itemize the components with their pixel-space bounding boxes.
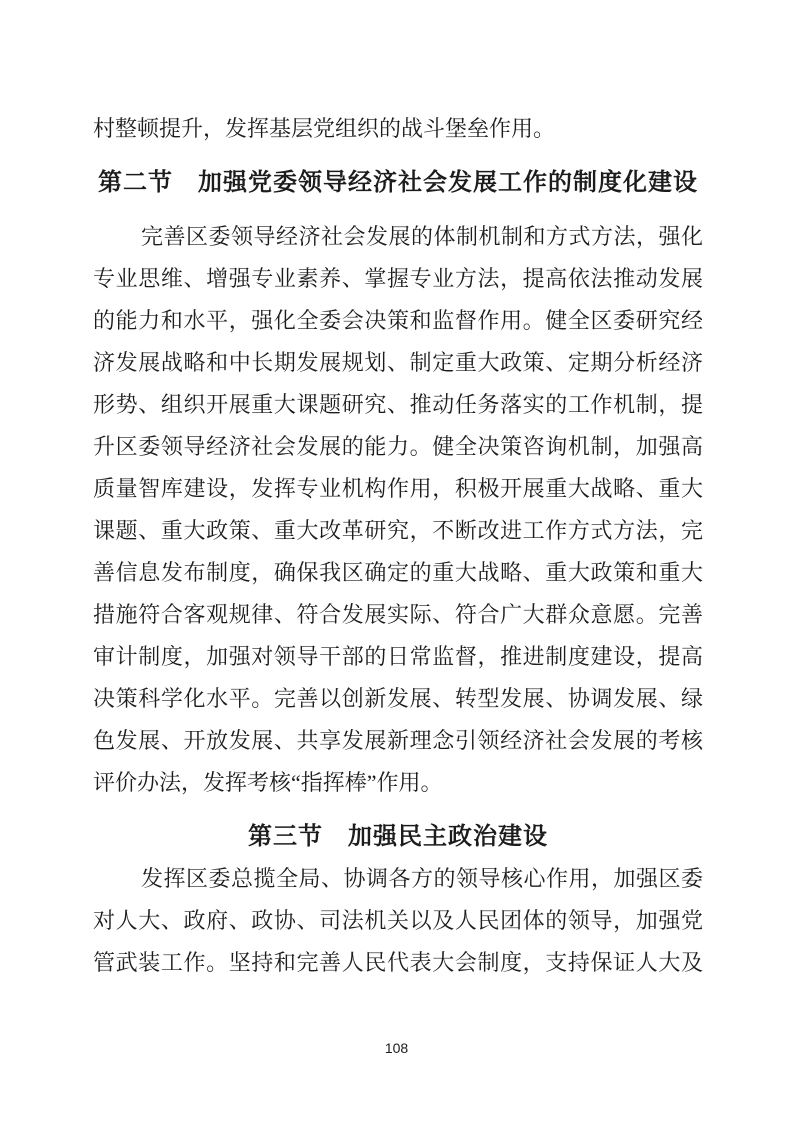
text-line: 善信息发布制度，确保我区确定的重大战略、重大政策和重大 <box>93 552 703 594</box>
continuation-paragraph-line: 村整顿提升，发挥基层党组织的战斗堡垒作用。 <box>93 108 703 150</box>
text-line: 课题、重大政策、重大改革研究，不断改进工作方式方法，完 <box>93 510 703 552</box>
text-line: 的能力和水平，强化全委会决策和监督作用。健全区委研究经 <box>93 300 703 342</box>
text-line: 色发展、开放发展、共享发展新理念引领经济社会发展的考核 <box>93 720 703 762</box>
text-line: 发挥区委总揽全局、协调各方的领导核心作用，加强区委 <box>93 858 703 900</box>
section-2-paragraph: 完善区委领导经济社会发展的体制机制和方式方法，强化 专业思维、增强专业素养、掌握… <box>93 216 703 804</box>
page-number: 108 <box>0 1027 793 1069</box>
text-line: 措施符合客观规律、符合发展实际、符合广大群众意愿。完善 <box>93 594 703 636</box>
section-heading-2: 第二节 加强党委领导经济社会发展工作的制度化建设 <box>93 162 703 204</box>
section-heading-3: 第三节 加强民主政治建设 <box>93 816 703 858</box>
text-line: 对人大、政府、政协、司法机关以及人民团体的领导，加强党 <box>93 900 703 942</box>
text-line: 管武装工作。坚持和完善人民代表大会制度，支持保证人大及 <box>93 942 703 984</box>
text-line: 升区委领导经济社会发展的能力。健全决策咨询机制，加强高 <box>93 426 703 468</box>
text-line: 决策科学化水平。完善以创新发展、转型发展、协调发展、绿 <box>93 678 703 720</box>
document-page: 村整顿提升，发挥基层党组织的战斗堡垒作用。 第二节 加强党委领导经济社会发展工作… <box>0 0 793 1122</box>
text-line: 完善区委领导经济社会发展的体制机制和方式方法，强化 <box>93 216 703 258</box>
section-3-paragraph: 发挥区委总揽全局、协调各方的领导核心作用，加强区委 对人大、政府、政协、司法机关… <box>93 858 703 984</box>
text-line: 审计制度，加强对领导干部的日常监督，推进制度建设，提高 <box>93 636 703 678</box>
text-line: 形势、组织开展重大课题研究、推动任务落实的工作机制，提 <box>93 384 703 426</box>
text-line: 济发展战略和中长期发展规划、制定重大政策、定期分析经济 <box>93 342 703 384</box>
text-block: 村整顿提升，发挥基层党组织的战斗堡垒作用。 第二节 加强党委领导经济社会发展工作… <box>93 108 703 984</box>
text-line: 质量智库建设，发挥专业机构作用，积极开展重大战略、重大 <box>93 468 703 510</box>
text-line: 专业思维、增强专业素养、掌握专业方法，提高依法推动发展 <box>93 258 703 300</box>
text-line: 评价办法，发挥考核“指挥棒”作用。 <box>93 762 703 804</box>
